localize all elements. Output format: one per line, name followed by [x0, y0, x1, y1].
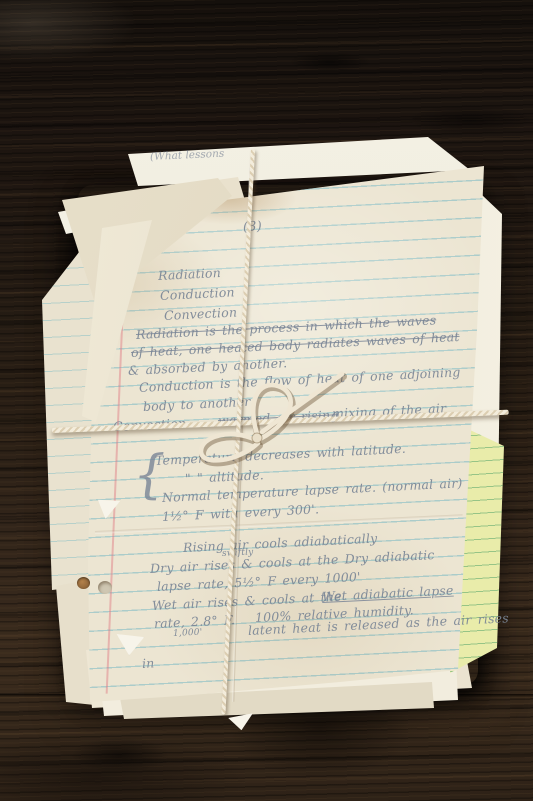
handwriting-line: body to another	[143, 394, 251, 414]
handwriting-line: Wet adiabatic lapse	[322, 583, 454, 604]
handwriting-line: Convection	[164, 304, 238, 323]
handwriting-line: Radiation	[158, 265, 222, 283]
handwriting-line: in	[142, 655, 155, 671]
handwriting-layer: { (3)RadiationConductionConvectionRadiat…	[0, 0, 533, 801]
handwriting-line: 1,000'	[173, 628, 203, 639]
photo-canvas: (What lessons { (3)RadiationConductionCo…	[0, 0, 533, 801]
handwriting-line: " " altitude.	[185, 467, 265, 486]
handwriting-line: 1½° F with every 300'.	[162, 501, 320, 524]
handwriting-line: Temperature decreases with latitude.	[155, 441, 407, 468]
handwriting-line: Conduction	[160, 284, 235, 303]
